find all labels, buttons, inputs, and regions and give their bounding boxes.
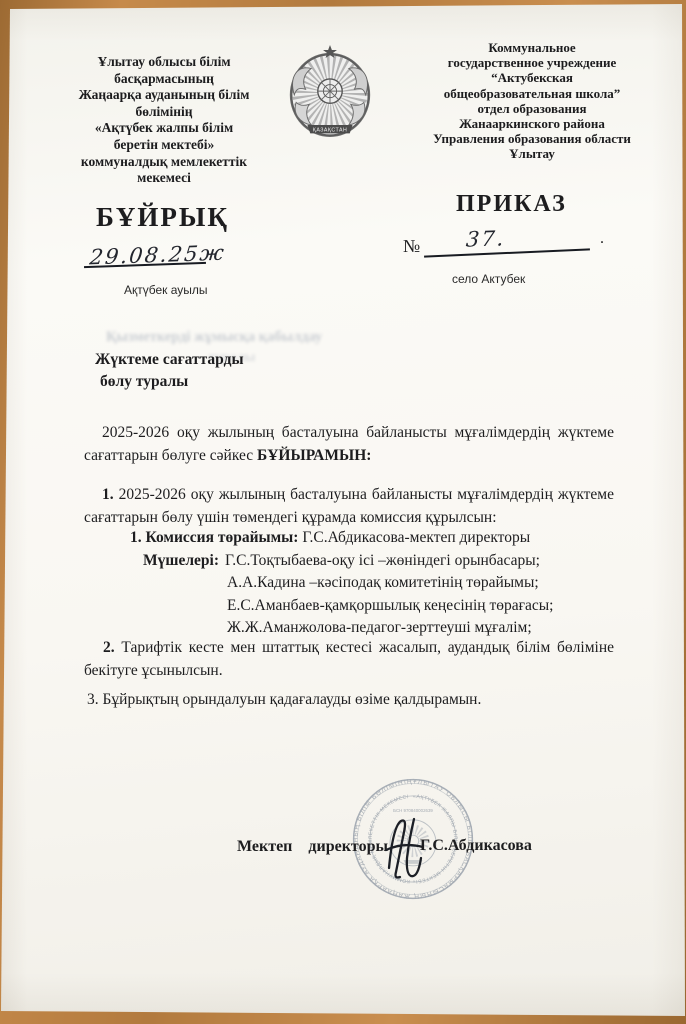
org-line: государственное учреждение: [398, 55, 666, 70]
order-item-1: 1. 2025-2026 оқу жылының басталуына байл…: [84, 484, 614, 529]
subject-line: бөлу туралы: [95, 371, 244, 393]
item-number: 1.: [102, 486, 114, 503]
org-line: “Актубекская: [398, 70, 666, 85]
subject-line: Жүктеме сағаттарды: [95, 349, 244, 371]
item-number: 2.: [103, 639, 115, 656]
commission-chair-label: 1. Комиссия төрайымы:: [130, 529, 298, 546]
order-item-2: 2. Тарифтік кесте мен штаттық кестесі жа…: [84, 637, 614, 682]
signature-role: Мектеп директоры: [237, 838, 388, 856]
preamble-paragraph: 2025-2026 оқу жылының басталуына байланы…: [84, 422, 614, 467]
commission-members-row: Мүшелері:Г.С.Тоқтыбаева-оқу ісі –жөнінде…: [143, 550, 553, 573]
org-line: отдел образования: [398, 101, 666, 116]
bleed-through-line: Қызметкерді жұмысқа қабылдау: [106, 329, 322, 346]
signature-name: Г.С.Абдикасова: [420, 837, 532, 855]
org-line: бөлімінің: [38, 104, 290, 121]
kazakhstan-coat-of-arms-icon: ҚАЗАҚСТАН: [283, 40, 377, 146]
item-text: 2025-2026 оқу жылының басталуына байланы…: [84, 486, 614, 526]
number-sign: №: [403, 236, 420, 257]
commission-chair-value: Г.С.Абдикасова-мектеп директоры: [298, 529, 530, 546]
handwritten-order-number: 37.: [465, 226, 506, 251]
emblem-banner-text: ҚАЗАҚСТАН: [313, 128, 347, 134]
member-item: Е.С.Аманбаев-қамқоршылық кеңесінің төрағ…: [227, 595, 553, 618]
org-line: Ұлытау: [398, 146, 666, 161]
place-kk: Ақтүбек ауылы: [124, 283, 208, 297]
order-title-ru: ПРИКАЗ: [456, 191, 567, 218]
org-name-ru: Коммунальное государственное учреждение …: [398, 40, 666, 162]
place-ru: село Актубек: [452, 272, 525, 286]
stray-dot: .: [600, 230, 604, 248]
org-line: басқармасының: [38, 71, 290, 88]
member-item: А.А.Кадина –кәсіподақ комитетінің төрайы…: [227, 572, 553, 595]
commission-chair: 1. Комиссия төрайымы: Г.С.Абдикасова-мек…: [130, 527, 553, 550]
org-line: беретін мектебі»: [38, 137, 290, 154]
order-item-3: 3. Бұйрықтың орындалуын қадағалауды өзім…: [87, 691, 481, 709]
org-line: общеобразовательная школа”: [398, 86, 666, 101]
resolve-word: БҰЙЫРАМЫН:: [257, 447, 371, 464]
commission-list: 1. Комиссия төрайымы: Г.С.Абдикасова-мек…: [130, 527, 553, 640]
director-signature: [381, 816, 425, 882]
order-title-kk: БҰЙРЫҚ: [96, 202, 229, 233]
org-line: Коммунальное: [398, 40, 666, 55]
org-line: Жанааркинского района: [398, 116, 666, 131]
item-text: Тарифтік кесте мен штаттық кестесі жасал…: [84, 639, 614, 679]
photo-of-document: Ұлытау облысы білім басқармасының Жаңаар…: [0, 0, 686, 1024]
stamp-bsn-text: БСН 970840002639: [393, 808, 433, 813]
org-line: «Ақтүбек жалпы білім: [38, 120, 290, 137]
org-line: коммуналдық мемлекеттік: [38, 154, 290, 171]
number-underline: [424, 248, 590, 257]
org-line: Жаңаарқа ауданының білім: [38, 87, 290, 104]
members-label: Мүшелері:: [143, 552, 219, 569]
org-line: мекемесі: [38, 170, 290, 187]
document-paper: Ұлытау облысы білім басқармасының Жаңаар…: [0, 0, 686, 1024]
org-line: Управления образования области: [398, 131, 666, 146]
order-subject: Жүктеме сағаттарды бөлу туралы: [95, 349, 244, 393]
org-line: Ұлытау облысы білім: [38, 54, 290, 71]
org-name-kk: Ұлытау облысы білім басқармасының Жаңаар…: [38, 54, 290, 187]
member-item: Г.С.Тоқтыбаева-оқу ісі –жөніндегі орынба…: [225, 552, 540, 569]
